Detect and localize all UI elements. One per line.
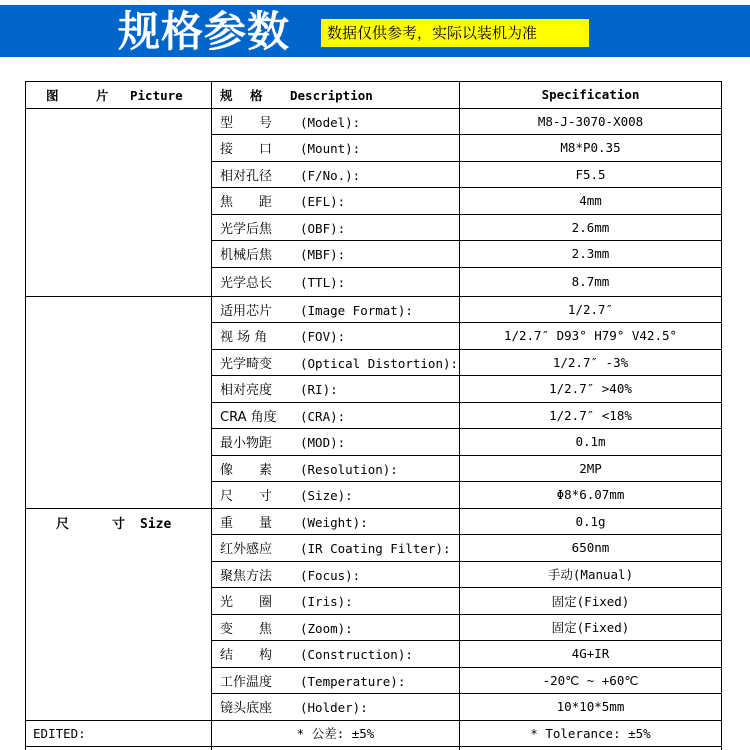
spec-value: 2.3mm bbox=[460, 241, 722, 268]
desc-en: (RI): bbox=[300, 382, 338, 397]
spec-value: 2MP bbox=[460, 455, 722, 482]
desc-cn: 适用芯片 bbox=[220, 300, 300, 319]
spec-value: 1/2.7″ D93° H79° V42.5° bbox=[460, 323, 722, 350]
desc-cn: 最小物距 bbox=[220, 432, 300, 451]
size-label: 尺寸Size bbox=[26, 509, 211, 532]
desc-cn: 光 圈 bbox=[220, 591, 300, 610]
desc-cell: 尺 寸(Size): bbox=[212, 482, 460, 509]
desc-en: (IR Coating Filter): bbox=[300, 541, 451, 556]
header-picture-cn2: 片 bbox=[96, 86, 130, 104]
table-row: 型 号(Model): M8-J-3070-X008 bbox=[26, 108, 722, 135]
footer-row: EDITED: * 公差: ±5% * Tolerance: ±5% bbox=[26, 720, 722, 747]
blank-cell bbox=[26, 747, 212, 750]
spec-value: 固定(Fixed) bbox=[460, 588, 722, 615]
desc-cell: 光 圈(Iris): bbox=[212, 588, 460, 615]
desc-cn: 机械后焦 bbox=[220, 244, 300, 263]
spec-value: 0.1g bbox=[460, 508, 722, 535]
desc-en: (Zoom): bbox=[300, 621, 353, 636]
desc-cn: 光学后焦 bbox=[220, 218, 300, 237]
desc-en: (Resolution): bbox=[300, 462, 398, 477]
desc-cell: 光学畸变(Optical Distortion): bbox=[212, 349, 460, 376]
tolerance-en: * Tolerance: ±5% bbox=[460, 720, 722, 747]
desc-cell: 镜头底座(Holder): bbox=[212, 694, 460, 721]
desc-en: (Focus): bbox=[300, 568, 360, 583]
picture-cell-1 bbox=[26, 108, 212, 296]
desc-cn: CRA 角度 bbox=[220, 406, 300, 425]
desc-en: (F/No.): bbox=[300, 168, 360, 183]
spec-value: 1/2.7″ -3% bbox=[460, 349, 722, 376]
tolerance-cn: * 公差: ±5% bbox=[212, 720, 460, 747]
table-row: 适用芯片(Image Format): 1/2.7″ bbox=[26, 296, 722, 323]
desc-cn: 重 量 bbox=[220, 512, 300, 531]
header-picture: 图片Picture bbox=[26, 82, 212, 109]
header-specification: Specification bbox=[460, 82, 722, 109]
desc-cell: 焦 距(EFL): bbox=[212, 188, 460, 215]
desc-cell: 光学后焦(OBF): bbox=[212, 214, 460, 241]
spec-value: 8.7mm bbox=[460, 267, 722, 296]
desc-cn: 相对孔径 bbox=[220, 165, 300, 184]
desc-en: (FOV): bbox=[300, 329, 345, 344]
desc-en: (TTL): bbox=[300, 275, 345, 290]
size-label-cn2: 寸 bbox=[112, 513, 140, 532]
desc-en: (CRA): bbox=[300, 409, 345, 424]
spec-value: 1/2.7″ <18% bbox=[460, 402, 722, 429]
desc-cell: 光学总长(TTL): bbox=[212, 267, 460, 296]
blank-row bbox=[26, 747, 722, 750]
spec-value: 10*10*5mm bbox=[460, 694, 722, 721]
spec-value: M8-J-3070-X008 bbox=[460, 108, 722, 135]
spec-value: 固定(Fixed) bbox=[460, 614, 722, 641]
desc-en: (Mount): bbox=[300, 141, 360, 156]
desc-en: (Weight): bbox=[300, 515, 368, 530]
desc-cell: CRA 角度(CRA): bbox=[212, 402, 460, 429]
desc-cn: 尺 寸 bbox=[220, 485, 300, 504]
desc-cell: 红外感应(IR Coating Filter): bbox=[212, 535, 460, 562]
desc-en: (OBF): bbox=[300, 221, 345, 236]
desc-cn: 焦 距 bbox=[220, 191, 300, 210]
desc-cell: 重 量(Weight): bbox=[212, 508, 460, 535]
desc-cn: 聚焦方法 bbox=[220, 565, 300, 584]
blank-cell bbox=[460, 747, 722, 750]
desc-cn: 视 场 角 bbox=[220, 326, 300, 345]
desc-cn: 相对亮度 bbox=[220, 379, 300, 398]
desc-cn: 型 号 bbox=[220, 112, 300, 131]
desc-cn: 结 构 bbox=[220, 644, 300, 663]
desc-cn: 光学畸变 bbox=[220, 353, 300, 372]
spec-value: 4mm bbox=[460, 188, 722, 215]
desc-en: (Iris): bbox=[300, 594, 353, 609]
desc-cell: 变 焦(Zoom): bbox=[212, 614, 460, 641]
desc-cn: 镜头底座 bbox=[220, 697, 300, 716]
desc-cn: 变 焦 bbox=[220, 618, 300, 637]
desc-cn: 工作温度 bbox=[220, 671, 300, 690]
desc-cell: 相对孔径(F/No.): bbox=[212, 161, 460, 188]
desc-en: (MOD): bbox=[300, 435, 345, 450]
desc-en: (Optical Distortion): bbox=[300, 356, 458, 371]
desc-cell: 像 素(Resolution): bbox=[212, 455, 460, 482]
size-label-en: Size bbox=[140, 517, 171, 532]
desc-en: (Model): bbox=[300, 115, 360, 130]
spec-value: 1/2.7″ >40% bbox=[460, 376, 722, 403]
desc-cell: 结 构(Construction): bbox=[212, 641, 460, 668]
desc-cn: 红外感应 bbox=[220, 538, 300, 557]
spec-value: 4G+IR bbox=[460, 641, 722, 668]
blank-cell bbox=[212, 747, 460, 750]
page-title: 规格参数 bbox=[118, 9, 290, 55]
spec-value: 手动(Manual) bbox=[460, 561, 722, 588]
table-header-row: 图片Picture 规格Description Specification bbox=[26, 82, 722, 109]
desc-cell: 视 场 角(FOV): bbox=[212, 323, 460, 350]
desc-cell: 机械后焦(MBF): bbox=[212, 241, 460, 268]
spec-value: 1/2.7″ bbox=[460, 296, 722, 323]
header-picture-cn1: 图 bbox=[46, 86, 96, 104]
desc-en: (EFL): bbox=[300, 194, 345, 209]
desc-en: (MBF): bbox=[300, 247, 345, 262]
spec-value: F5.5 bbox=[460, 161, 722, 188]
spec-value: M8*P0.35 bbox=[460, 135, 722, 162]
desc-en: (Temperature): bbox=[300, 674, 405, 689]
desc-cell: 最小物距(MOD): bbox=[212, 429, 460, 456]
spec-value: 0.1m bbox=[460, 429, 722, 456]
desc-en: (Holder): bbox=[300, 700, 368, 715]
desc-cn: 像 素 bbox=[220, 459, 300, 478]
desc-en: (Image Format): bbox=[300, 303, 413, 318]
size-label-cn1: 尺 bbox=[56, 513, 112, 532]
spec-value: -20℃ ~ +60℃ bbox=[460, 667, 722, 694]
header-description: 规格Description bbox=[212, 82, 460, 109]
desc-cn: 光学总长 bbox=[220, 272, 300, 291]
picture-cell-2 bbox=[26, 296, 212, 508]
size-cell: 尺寸Size bbox=[26, 508, 212, 720]
desc-cell: 型 号(Model): bbox=[212, 108, 460, 135]
spec-table: 图片Picture 规格Description Specification 型 … bbox=[25, 81, 722, 750]
table-row: 尺寸Size 重 量(Weight): 0.1g bbox=[26, 508, 722, 535]
desc-cell: 工作温度(Temperature): bbox=[212, 667, 460, 694]
desc-cell: 适用芯片(Image Format): bbox=[212, 296, 460, 323]
disclaimer-note: 数据仅供参考，实际以装机为准 bbox=[321, 19, 589, 47]
desc-cell: 聚焦方法(Focus): bbox=[212, 561, 460, 588]
desc-en: (Size): bbox=[300, 488, 353, 503]
desc-cn: 接 口 bbox=[220, 138, 300, 157]
spec-value: Φ8*6.07mm bbox=[460, 482, 722, 509]
desc-en: (Construction): bbox=[300, 647, 413, 662]
desc-cell: 相对亮度(RI): bbox=[212, 376, 460, 403]
header-desc-cn2: 格 bbox=[250, 86, 290, 104]
header-banner: 规格参数 数据仅供参考，实际以装机为准 bbox=[0, 5, 750, 57]
spec-value: 2.6mm bbox=[460, 214, 722, 241]
header-desc-en: Description bbox=[290, 88, 373, 103]
desc-cell: 接 口(Mount): bbox=[212, 135, 460, 162]
header-picture-en: Picture bbox=[130, 88, 183, 103]
header-desc-cn1: 规 bbox=[212, 86, 250, 104]
spec-value: 650nm bbox=[460, 535, 722, 562]
edited-label: EDITED: bbox=[26, 720, 212, 747]
